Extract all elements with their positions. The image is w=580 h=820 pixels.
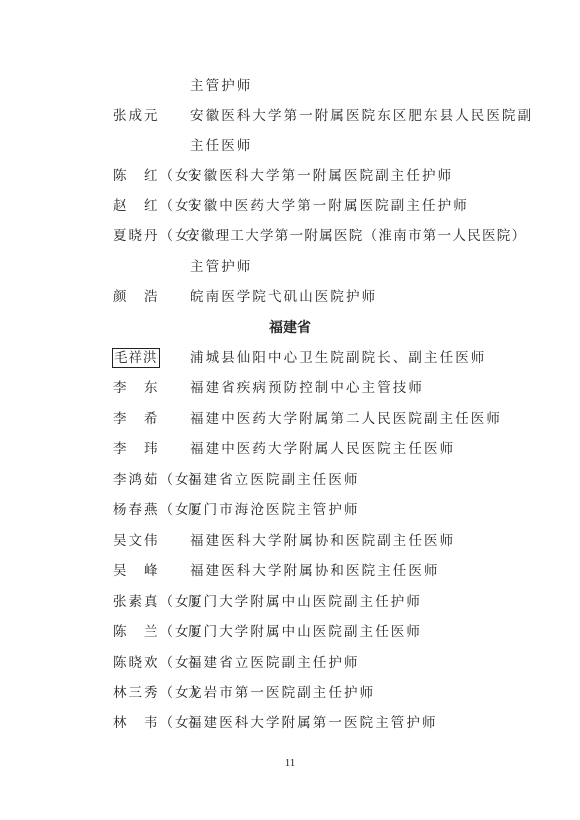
entry-desc: 安徽医科大学第一附属医院副主任护师 <box>188 165 453 187</box>
entry-desc: 厦门大学附属中山医院副主任医师 <box>188 621 422 643</box>
list-item: 主管护师 <box>0 75 580 97</box>
list-item: 毛祥洪 浦城县仙阳中心卫生院副院长、副主任医师 <box>0 347 580 369</box>
entry-desc: 安徽理工大学第一附属医院（淮南市第一人民医院） <box>186 225 526 247</box>
entry-desc: 龙岩市第一医院副主任护师 <box>188 682 375 704</box>
entry-desc: 福建省立医院副主任医师 <box>188 469 360 491</box>
entry-desc: 福建省立医院副主任护师 <box>188 652 360 674</box>
entry-name: 吴 峰 <box>113 560 160 582</box>
entry-name: 李 希 <box>113 408 160 430</box>
list-item: 林 韦（女） 福建医科大学附属第一医院主管护师 <box>0 712 580 734</box>
entry-desc: 主任医师 <box>190 135 252 157</box>
list-item: 李 玮 福建中医药大学附属人民医院主任医师 <box>0 438 580 460</box>
list-item: 主管护师 <box>0 256 580 278</box>
entry-name: 张成元 <box>113 105 160 127</box>
list-item: 吴文伟 福建医科大学附属协和医院副主任医师 <box>0 530 580 552</box>
entry-desc: 厦门大学附属中山医院副主任护师 <box>188 591 422 613</box>
entry-desc: 安徽中医药大学第一附属医院副主任护师 <box>188 195 469 217</box>
list-item: 主任医师 <box>0 135 580 157</box>
entry-name: 李 东 <box>113 377 160 399</box>
entry-desc: 福建中医药大学附属人民医院主任医师 <box>190 438 455 460</box>
entry-desc: 福建医科大学附属第一医院主管护师 <box>188 712 438 734</box>
entry-desc: 福建医科大学附属协和医院主任医师 <box>190 560 440 582</box>
page-number: 11 <box>0 757 580 769</box>
entry-desc: 厦门市海沧医院主管护师 <box>188 499 360 521</box>
list-item: 李 东 福建省疾病预防控制中心主管技师 <box>0 377 580 399</box>
entry-desc: 皖南医学院弋矶山医院护师 <box>190 286 377 308</box>
entry-desc: 福建中医药大学附属第二人民医院副主任医师 <box>190 408 502 430</box>
list-item: 陈 红（女） 安徽医科大学第一附属医院副主任护师 <box>0 165 580 187</box>
list-item: 夏晓丹（女） 安徽理工大学第一附属医院（淮南市第一人民医院） <box>0 225 580 247</box>
entry-desc: 主管护师 <box>190 256 252 278</box>
list-item: 李 希 福建中医药大学附属第二人民医院副主任医师 <box>0 408 580 430</box>
list-item: 赵 红（女） 安徽中医药大学第一附属医院副主任护师 <box>0 195 580 217</box>
list-item: 颜 浩 皖南医学院弋矶山医院护师 <box>0 286 580 308</box>
entry-desc: 福建医科大学附属协和医院副主任医师 <box>190 530 455 552</box>
list-item: 陈晓欢（女） 福建省立医院副主任护师 <box>0 652 580 674</box>
list-item: 张成元 安徽医科大学第一附属医院东区肥东县人民医院副 <box>0 105 580 127</box>
list-item: 杨春燕（女） 厦门市海沧医院主管护师 <box>0 499 580 521</box>
list-item: 李鸿茹（女） 福建省立医院副主任医师 <box>0 469 580 491</box>
list-item: 张素真（女） 厦门大学附属中山医院副主任护师 <box>0 591 580 613</box>
list-item: 陈 兰（女） 厦门大学附属中山医院副主任医师 <box>0 621 580 643</box>
entry-name: 颜 浩 <box>113 286 160 308</box>
section-heading: 福建省 <box>0 317 580 339</box>
entry-desc: 福建省疾病预防控制中心主管技师 <box>190 377 424 399</box>
entry-desc: 安徽医科大学第一附属医院东区肥东县人民医院副 <box>190 105 533 127</box>
entry-name: 吴文伟 <box>113 530 160 552</box>
section-heading-row: 福建省 <box>0 317 580 339</box>
entry-desc: 主管护师 <box>190 75 252 97</box>
entry-desc: 浦城县仙阳中心卫生院副院长、副主任医师 <box>190 347 486 369</box>
list-item: 林三秀（女） 龙岩市第一医院副主任护师 <box>0 682 580 704</box>
list-item: 吴 峰 福建医科大学附属协和医院主任医师 <box>0 560 580 582</box>
entry-name: 李 玮 <box>113 438 160 460</box>
entry-name-highlighted: 毛祥洪 <box>112 348 160 368</box>
